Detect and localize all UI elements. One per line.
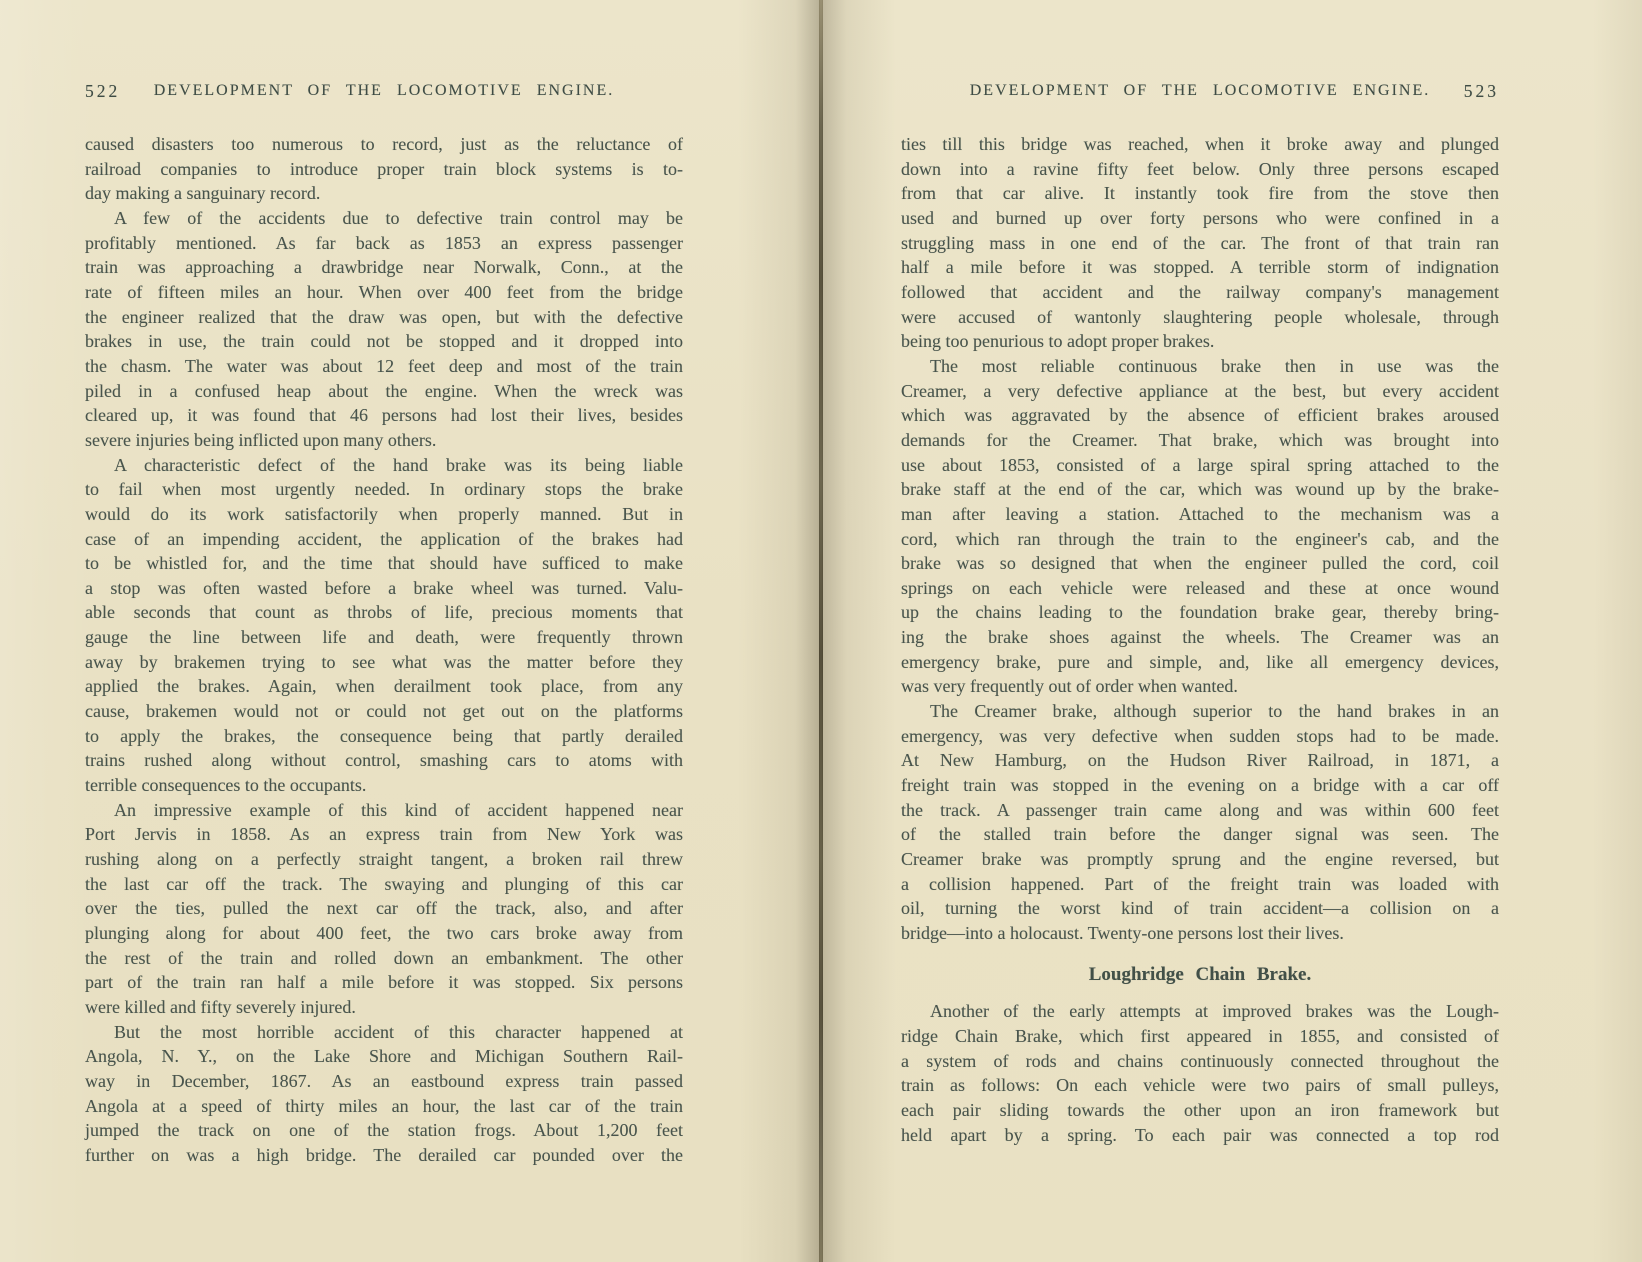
text-line: rushing along on a perfectly straight ta… (85, 847, 683, 872)
text-line: a stop was often wasted before a brake w… (85, 576, 683, 601)
text-line: A characteristic defect of the hand brak… (85, 453, 683, 478)
text-line: Port Jervis in 1858. As an express train… (85, 822, 683, 847)
text-line: was very frequently out of order when wa… (901, 674, 1499, 699)
text-line: springs on each vehicle were released an… (901, 576, 1499, 601)
paragraph: The Creamer brake, although superior to … (901, 699, 1499, 946)
paragraph: Another of the early attempts at improve… (901, 999, 1499, 1147)
text-line: The Creamer brake, although superior to … (901, 699, 1499, 724)
text-line: to apply the brakes, the consequence bei… (85, 724, 683, 749)
text-line: of the stalled train before the danger s… (901, 822, 1499, 847)
paragraph: The most reliable continuous brake then … (901, 354, 1499, 699)
text-line: the chasm. The water was about 12 feet d… (85, 354, 683, 379)
text-line: railroad companies to introduce proper t… (85, 157, 683, 182)
text-line: A few of the accidents due to defective … (85, 206, 683, 231)
left-page: 522 DEVELOPMENT OF THE LOCOMOTIVE ENGINE… (0, 0, 820, 1262)
text-line: brake was so designed that when the engi… (901, 551, 1499, 576)
text-line: the track. A passenger train came along … (901, 798, 1499, 823)
text-line: Another of the early attempts at improve… (901, 999, 1499, 1024)
text-line: severe injuries being inflicted upon man… (85, 428, 683, 453)
running-title: DEVELOPMENT OF THE LOCOMOTIVE ENGINE. (85, 82, 683, 100)
text-line: train as follows: On each vehicle were t… (901, 1073, 1499, 1098)
text-line: plunging along for about 400 feet, the t… (85, 921, 683, 946)
text-line: able seconds that count as throbs of lif… (85, 600, 683, 625)
text-line: way in December, 1867. As an eastbound e… (85, 1069, 683, 1094)
text-line: But the most horrible accident of this c… (85, 1020, 683, 1045)
text-line: followed that accident and the railway c… (901, 280, 1499, 305)
text-line: over the ties, pulled the next car off t… (85, 896, 683, 921)
text-line: emergency, was very defective when sudde… (901, 724, 1499, 749)
paragraph: An impressive example of this kind of ac… (85, 798, 683, 1020)
text-line: part of the train ran half a mile before… (85, 970, 683, 995)
left-running-head: 522 DEVELOPMENT OF THE LOCOMOTIVE ENGINE… (85, 82, 683, 104)
page-number: 523 (1464, 81, 1499, 102)
text-line: the engineer realized that the draw was … (85, 305, 683, 330)
text-line: up the chains leading to the foundation … (901, 600, 1499, 625)
text-line: half a mile before it was stopped. A ter… (901, 255, 1499, 280)
right-page-column: DEVELOPMENT OF THE LOCOMOTIVE ENGINE. 52… (901, 82, 1499, 1147)
text-line: train was approaching a drawbridge near … (85, 255, 683, 280)
text-line: trains rushed along without control, sma… (85, 748, 683, 773)
text-line: An impressive example of this kind of ac… (85, 798, 683, 823)
text-line: used and burned up over forty persons wh… (901, 206, 1499, 231)
paragraph: caused disasters too numerous to record,… (85, 132, 683, 206)
text-line: day making a sanguinary record. (85, 181, 683, 206)
section-heading: Loughridge Chain Brake. (901, 963, 1499, 988)
text-line: rate of fifteen miles an hour. When over… (85, 280, 683, 305)
text-line: At New Hamburg, on the Hudson River Rail… (901, 748, 1499, 773)
text-line: ties till this bridge was reached, when … (901, 132, 1499, 157)
paragraph: A characteristic defect of the hand brak… (85, 453, 683, 798)
text-line: the last car off the track. The swaying … (85, 872, 683, 897)
text-line: would do its work satisfactorily when pr… (85, 502, 683, 527)
book-scan-spread: 522 DEVELOPMENT OF THE LOCOMOTIVE ENGINE… (0, 0, 1642, 1262)
text-line: Creamer, a very defective appliance at t… (901, 379, 1499, 404)
text-line: to fail when most urgently needed. In or… (85, 477, 683, 502)
text-line: profitably mentioned. As far back as 185… (85, 231, 683, 256)
text-line: terrible consequences to the occupants. (85, 773, 683, 798)
text-line: ridge Chain Brake, which first appeared … (901, 1024, 1499, 1049)
text-line: cord, which ran through the train to the… (901, 527, 1499, 552)
text-line: case of an impending accident, the appli… (85, 527, 683, 552)
text-line: oil, turning the worst kind of train acc… (901, 896, 1499, 921)
text-line: a system of rods and chains continuously… (901, 1049, 1499, 1074)
right-page-body-text: ties till this bridge was reached, when … (901, 132, 1499, 1147)
text-line: caused disasters too numerous to record,… (85, 132, 683, 157)
text-line: demands for the Creamer. That brake, whi… (901, 428, 1499, 453)
text-line: which was aggravated by the absence of e… (901, 403, 1499, 428)
text-line: from that car alive. It instantly took f… (901, 181, 1499, 206)
text-line: down into a ravine fifty feet below. Onl… (901, 157, 1499, 182)
text-line: man after leaving a station. Attached to… (901, 502, 1499, 527)
right-running-head: DEVELOPMENT OF THE LOCOMOTIVE ENGINE. 52… (901, 82, 1499, 104)
text-line: each pair sliding towards the other upon… (901, 1098, 1499, 1123)
text-line: ing the brake shoes against the wheels. … (901, 625, 1499, 650)
text-line: away by brakemen trying to see what was … (85, 650, 683, 675)
text-line: Angola, N. Y., on the Lake Shore and Mic… (85, 1044, 683, 1069)
text-line: struggling mass in one end of the car. T… (901, 231, 1499, 256)
text-line: freight train was stopped in the evening… (901, 773, 1499, 798)
text-line: The most reliable continuous brake then … (901, 354, 1499, 379)
paragraph: ties till this bridge was reached, when … (901, 132, 1499, 354)
text-line: applied the brakes. Again, when derailme… (85, 674, 683, 699)
text-line: held apart by a spring. To each pair was… (901, 1123, 1499, 1148)
text-line: use about 1853, consisted of a large spi… (901, 453, 1499, 478)
text-line: gauge the line between life and death, w… (85, 625, 683, 650)
text-line: bridge—into a holocaust. Twenty-one pers… (901, 921, 1499, 946)
text-line: Angola at a speed of thirty miles an hou… (85, 1094, 683, 1119)
left-page-column: 522 DEVELOPMENT OF THE LOCOMOTIVE ENGINE… (85, 82, 683, 1168)
text-line: being too penurious to adopt proper brak… (901, 329, 1499, 354)
text-line: brake staff at the end of the car, which… (901, 477, 1499, 502)
paragraph: A few of the accidents due to defective … (85, 206, 683, 453)
running-title: DEVELOPMENT OF THE LOCOMOTIVE ENGINE. (901, 82, 1499, 100)
right-page: DEVELOPMENT OF THE LOCOMOTIVE ENGINE. 52… (822, 0, 1642, 1262)
text-line: cause, brakemen would not or could not g… (85, 699, 683, 724)
text-line: were accused of wantonly slaughtering pe… (901, 305, 1499, 330)
text-line: the rest of the train and rolled down an… (85, 946, 683, 971)
text-line: brakes in use, the train could not be st… (85, 329, 683, 354)
text-line: Creamer brake was promptly sprung and th… (901, 847, 1499, 872)
text-line: emergency brake, pure and simple, and, l… (901, 650, 1499, 675)
paragraph: But the most horrible accident of this c… (85, 1020, 683, 1168)
text-line: were killed and fifty severely injured. (85, 995, 683, 1020)
text-line: to be whistled for, and the time that sh… (85, 551, 683, 576)
text-line: cleared up, it was found that 46 persons… (85, 403, 683, 428)
text-line: piled in a confused heap about the engin… (85, 379, 683, 404)
text-line: jumped the track on one of the station f… (85, 1118, 683, 1143)
book-gutter (819, 0, 823, 1262)
left-page-body-text: caused disasters too numerous to record,… (85, 132, 683, 1168)
text-line: further on was a high bridge. The derail… (85, 1143, 683, 1168)
text-line: a collision happened. Part of the freigh… (901, 872, 1499, 897)
